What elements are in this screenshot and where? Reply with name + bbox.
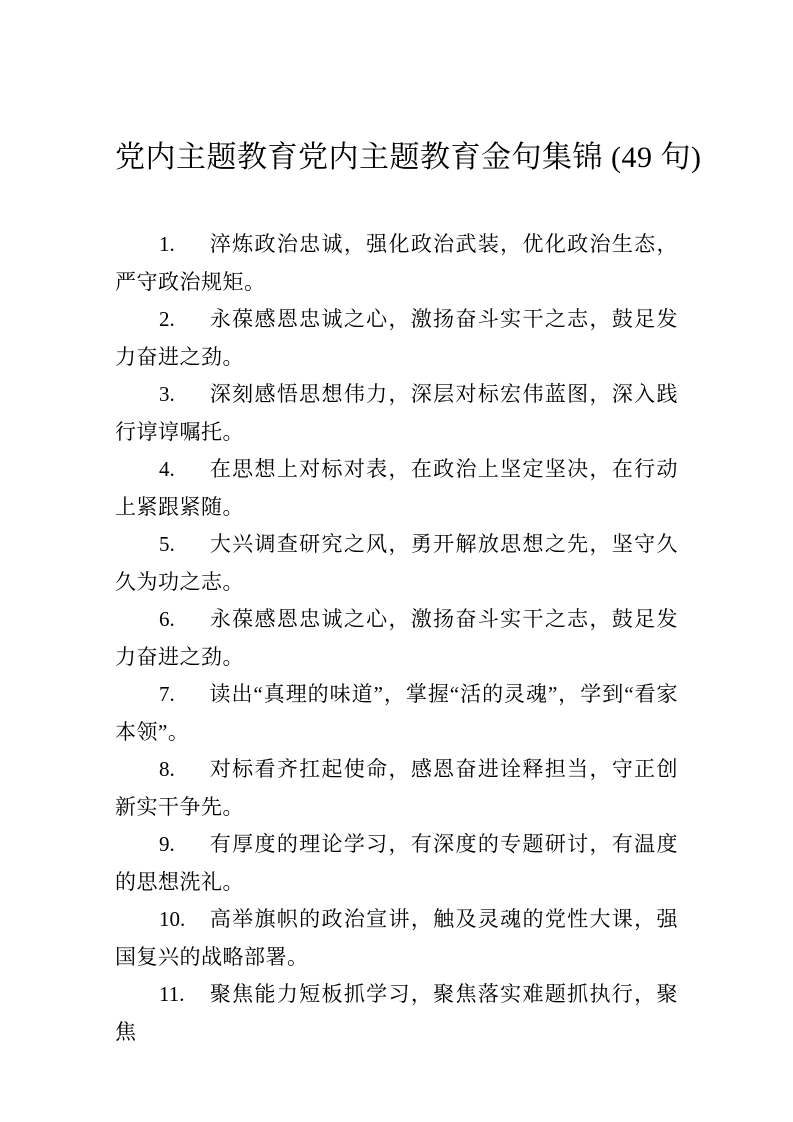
document-page: 党内主题教育党内主题教育金句集锦 (49 句) 1.淬炼政治忠诚，强化政治武装，… bbox=[0, 0, 793, 1122]
list-item-number: 9. bbox=[159, 826, 209, 864]
list-item: 3.深刻感悟思想伟力，深层对标宏伟蓝图，深入践行谆谆嘱托。 bbox=[115, 376, 678, 451]
list-item-number: 3. bbox=[159, 376, 209, 414]
list-item-number: 11. bbox=[159, 976, 209, 1014]
list-item: 6.永葆感恩忠诚之心，激扬奋斗实干之志，鼓足发力奋进之劲。 bbox=[115, 601, 678, 676]
list-item-number: 2. bbox=[159, 301, 209, 339]
list-item-number: 4. bbox=[159, 451, 209, 489]
list-item: 10.高举旗帜的政治宣讲，触及灵魂的党性大课，强国复兴的战略部署。 bbox=[115, 901, 678, 976]
list-item-number: 5. bbox=[159, 526, 209, 564]
list-item: 4.在思想上对标对表，在政治上坚定坚决，在行动上紧跟紧随。 bbox=[115, 451, 678, 526]
list-item: 2.永葆感恩忠诚之心，激扬奋斗实干之志，鼓足发力奋进之劲。 bbox=[115, 301, 678, 376]
document-title: 党内主题教育党内主题教育金句集锦 (49 句) bbox=[115, 0, 678, 180]
list-item-number: 6. bbox=[159, 601, 209, 639]
list-item: 5.大兴调查研究之风，勇开解放思想之先，坚守久久为功之志。 bbox=[115, 526, 678, 601]
list-item-number: 7. bbox=[159, 676, 209, 714]
list-item: 11.聚焦能力短板抓学习，聚焦落实难题抓执行，聚焦 bbox=[115, 976, 678, 1051]
document-content: 党内主题教育党内主题教育金句集锦 (49 句) 1.淬炼政治忠诚，强化政治武装，… bbox=[0, 0, 793, 1051]
list-item: 9.有厚度的理论学习，有深度的专题研讨，有温度的思想洗礼。 bbox=[115, 826, 678, 901]
list-item-number: 1. bbox=[159, 226, 209, 264]
list-item-number: 10. bbox=[159, 901, 209, 939]
list-item: 7.读出“真理的味道”，掌握“活的灵魂”，学到“看家本领”。 bbox=[115, 676, 678, 751]
quote-list: 1.淬炼政治忠诚，强化政治武装，优化政治生态，严守政治规矩。 2.永葆感恩忠诚之… bbox=[115, 226, 678, 1051]
list-item: 1.淬炼政治忠诚，强化政治武装，优化政治生态，严守政治规矩。 bbox=[115, 226, 678, 301]
list-item-number: 8. bbox=[159, 751, 209, 789]
list-item: 8.对标看齐扛起使命，感恩奋进诠释担当，守正创新实干争先。 bbox=[115, 751, 678, 826]
